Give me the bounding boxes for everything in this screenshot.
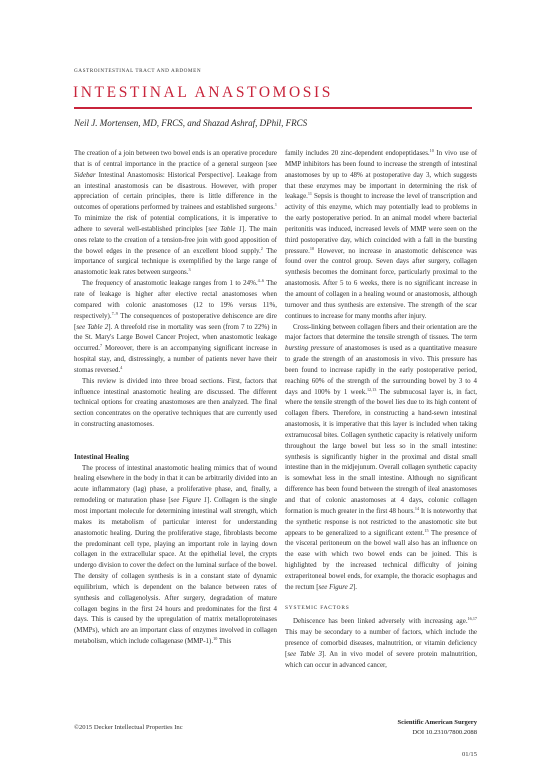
- article-authors: Neil J. Mortensen, MD, FRCS, and Shazad …: [74, 118, 307, 128]
- spacer: [74, 430, 277, 441]
- paragraph-healing-process: The process of intestinal anastomotic he…: [74, 463, 277, 647]
- journal-info: Scientific American Surgery DOI 10.2310/…: [398, 718, 477, 738]
- sidebar-link[interactable]: Sidebar: [74, 171, 96, 179]
- paragraph-intro: The creation of a join between two bowel…: [74, 148, 277, 278]
- figure-link[interactable]: see Figure 2: [319, 583, 353, 591]
- paragraph-dehiscence: Dehiscence has been linked adversely wit…: [285, 616, 477, 670]
- table-link[interactable]: see Table 3: [287, 650, 322, 658]
- figure-link[interactable]: see Figure 1: [171, 496, 208, 504]
- right-column: family includes 20 zinc-dependent endope…: [285, 148, 477, 671]
- paragraph-review-outline: This review is divided into three broad …: [74, 376, 277, 430]
- reference-link[interactable]: 4: [120, 365, 122, 370]
- reference-link[interactable]: 16,17: [468, 616, 477, 621]
- section-heading-intestinal-healing: Intestinal Healing: [74, 452, 277, 463]
- left-column: The creation of a join between two bowel…: [74, 148, 277, 647]
- paragraph-cross-linking: Cross-linking between collagen fibers an…: [285, 322, 477, 593]
- reference-link[interactable]: 12,13: [367, 387, 376, 392]
- copyright-notice: ©2015 Decker Intellectual Properties Inc: [74, 724, 183, 731]
- reference-link[interactable]: 1: [275, 202, 277, 207]
- article-title: INTESTINAL ANASTOMOSIS: [73, 84, 333, 102]
- reference-link[interactable]: 3: [189, 267, 191, 272]
- paragraph-mmp: family includes 20 zinc-dependent endope…: [285, 148, 477, 322]
- paragraph-leakage-frequency: The frequency of anastomotic leakage ran…: [74, 278, 277, 376]
- subsection-heading-systemic-factors: Systemic Factors: [285, 603, 477, 614]
- table-link[interactable]: see Table 2: [76, 323, 108, 331]
- title-rule-divider: [74, 107, 472, 109]
- doi[interactable]: DOI 10.2310/7800.2088: [398, 728, 477, 738]
- page-number: 01/15: [462, 751, 477, 758]
- journal-name: Scientific American Surgery: [398, 718, 477, 728]
- section-label: Gastrointestinal Tract and Abdomen: [74, 68, 201, 74]
- table-link[interactable]: see Table 1: [208, 225, 242, 233]
